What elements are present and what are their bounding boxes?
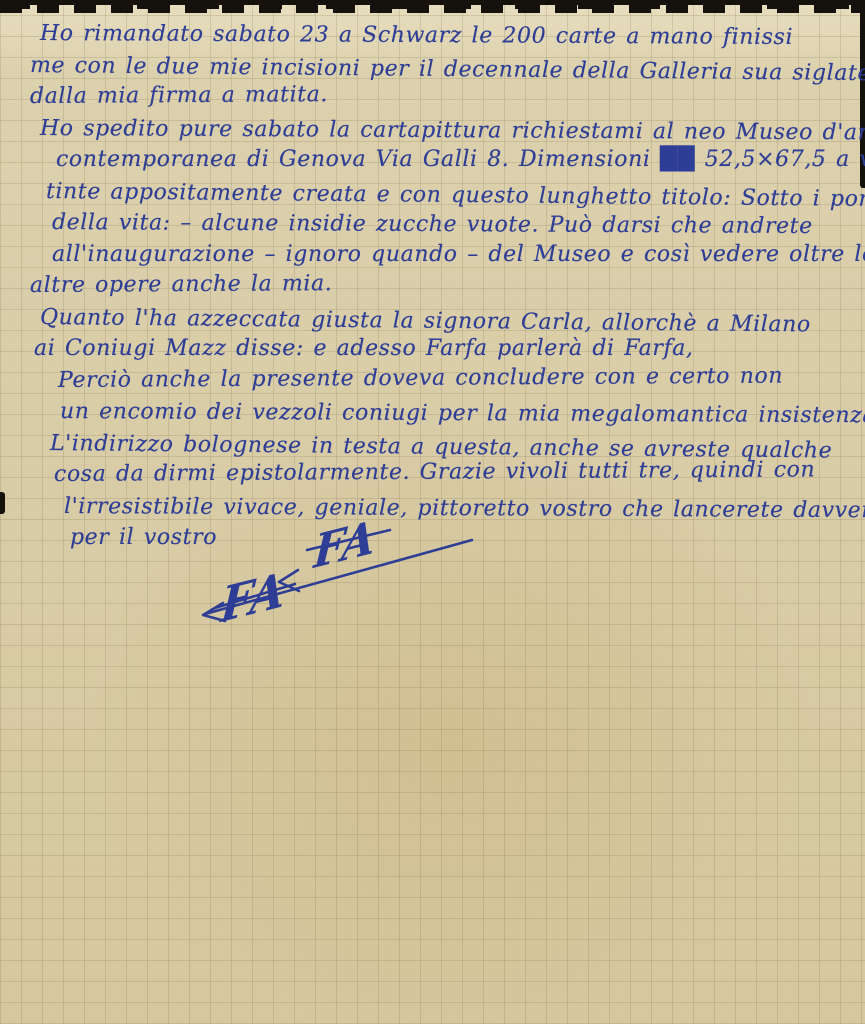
signature-farfa-arrow-monogram: FA FA [185, 520, 495, 635]
letter-body: Ho rimandato sabato 23 a Schwarz le 200 … [10, 18, 857, 554]
letter-page: Ho rimandato sabato 23 a Schwarz le 200 … [0, 0, 865, 1024]
handwritten-line: altre opere anche la mia. [30, 265, 857, 302]
handwritten-line: cosa da dirmi epistolarmente. Grazie viv… [54, 454, 857, 490]
signature-monogram-lower: FA [217, 562, 287, 635]
scan-mark-left [0, 492, 5, 514]
handwritten-line: dalla mia firma a matita. [30, 76, 857, 113]
handwritten-line: Perciò anche la presente doveva conclude… [58, 360, 857, 396]
torn-edge-teeth [0, 0, 865, 13]
signature-monogram-upper: FA [310, 520, 377, 580]
torn-paper-edge-top [0, 0, 865, 14]
torn-edge-bar [0, 0, 865, 5]
handwritten-line: un encomio dei vezzoli coniugi per la mi… [60, 396, 857, 432]
handwritten-line: della vita: – alcune insidie zucche vuot… [52, 207, 857, 243]
handwritten-line: Ho rimandato sabato 23 a Schwarz le 200 … [40, 18, 857, 54]
handwritten-line: Ho spedito pure sabato la cartapittura r… [40, 113, 857, 149]
signature-arrow-icon: FA FA [185, 520, 495, 635]
handwritten-line: contemporanea di Genova Via Galli 8. Dim… [56, 144, 857, 176]
